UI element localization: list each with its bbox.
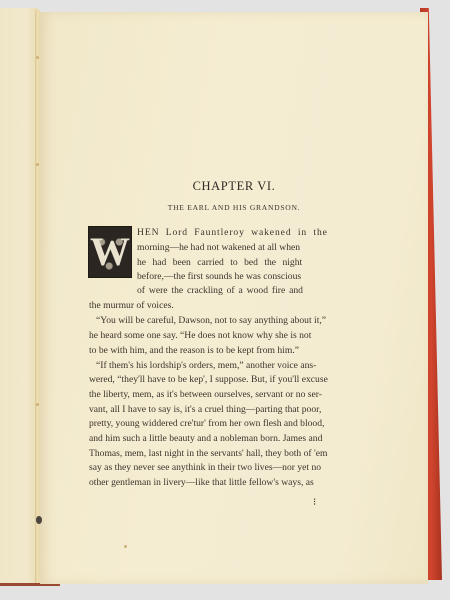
left-page <box>0 8 38 583</box>
text-line: “If them's his lordship's orders, mem,” … <box>96 360 354 371</box>
text-line: “You will be careful, Dawson, not to say… <box>96 315 354 326</box>
text-line: and him such a little beauty and a noble… <box>89 433 347 444</box>
text-line: before,—the first sounds he was consciou… <box>137 271 347 282</box>
text-line: to be with him, and the reason is to be … <box>89 345 347 356</box>
chapter-heading: CHAPTER VI. <box>40 179 428 194</box>
text-line: pretty, young widdered cre'tur' from her… <box>89 418 347 429</box>
text-line: other gentleman in livery—like that litt… <box>89 477 347 488</box>
paper-foxing-spot <box>36 56 39 59</box>
text-line: of were the crackling of a wood fire and <box>137 285 347 296</box>
paper-foxing-spot <box>36 163 39 166</box>
text-line: HEN Lord Fauntleroy wakened in the <box>137 227 347 238</box>
text-line: wered, “they'll have to be kep', I suppo… <box>89 374 347 385</box>
paper-damage-spot <box>36 516 42 524</box>
text-line: the murmur of voices. <box>89 300 347 311</box>
text-line: say as they never see anythink in their … <box>89 462 347 473</box>
signature-mark: ⁝ <box>313 497 316 508</box>
text-line: he had been carried to bed the night <box>137 257 347 268</box>
text-line: vant, all I have to say is, it's a cruel… <box>89 404 347 415</box>
illuminated-dropcap: W <box>88 226 132 278</box>
text-line: Thomas, mem, last night in the servants'… <box>89 448 347 459</box>
text-line: he heard some one say. “He does not know… <box>89 330 347 341</box>
text-line: the liberty, mem, as it's between oursel… <box>89 389 347 400</box>
paper-foxing-spot <box>124 545 127 548</box>
paper-foxing-spot <box>36 403 39 406</box>
text-line: morning—he had not wakened at all when <box>137 242 347 253</box>
dropcap-letter: W <box>90 232 130 272</box>
chapter-title: THE EARL AND HIS GRANDSON. <box>40 203 428 212</box>
right-page <box>40 12 428 584</box>
